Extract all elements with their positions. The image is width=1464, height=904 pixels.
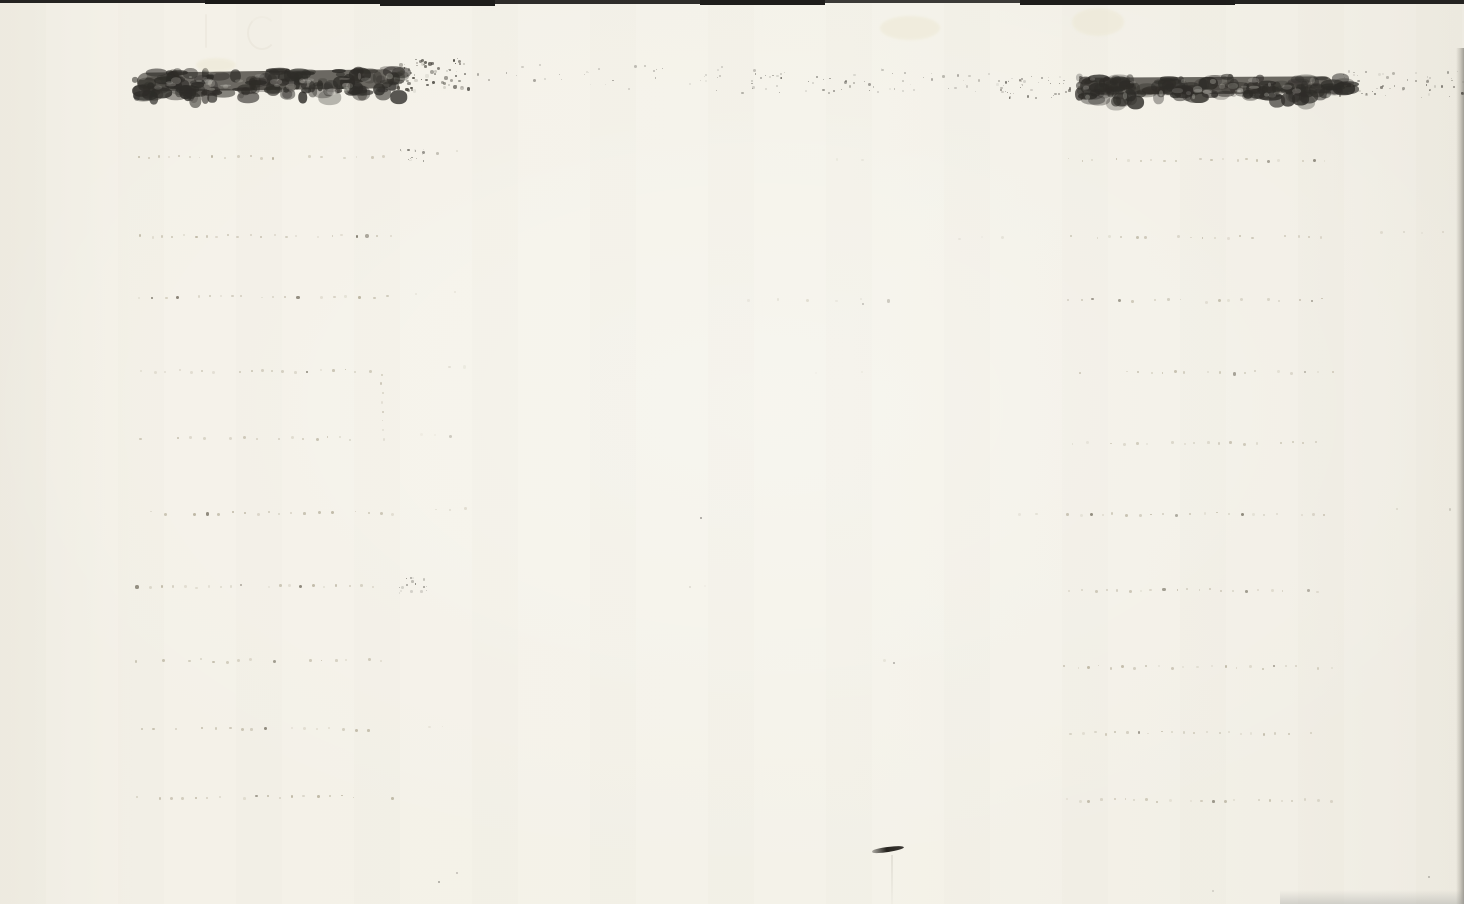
stray-speck [438,881,440,883]
top-scan-border-segment [825,0,1020,3]
paper-stain [196,58,236,72]
stray-marks-layer [0,0,1464,904]
ghost-pencil-curve [247,16,277,50]
bottom-right-corner-shade [1280,890,1464,904]
stray-speck [1212,890,1214,892]
top-scan-border-segment [1235,0,1464,4]
stray-speck [456,872,458,874]
paper-stain [1072,8,1124,36]
paper-stain [880,16,940,40]
stray-speck [1428,876,1430,878]
top-scan-border-segment [205,0,380,4]
smudge-bar-left [137,69,394,92]
top-scan-border-segment [1020,0,1235,5]
top-scan-border-segment [380,0,495,6]
top-scan-border-segment [0,0,205,3]
smudge-bar-right [1080,76,1333,94]
top-scan-border-segment [700,0,825,5]
graphite-smudges-layer [0,0,1464,904]
dotted-writing-lines-layer [0,0,1464,904]
top-scan-border-segment [495,0,700,4]
stray-speck [862,303,864,305]
scan-edge-artifacts [0,0,1464,904]
right-scan-edge [1456,48,1464,904]
scanned-card [0,0,1464,904]
pen-slash-mark [872,845,904,854]
ghost-pencil-stroke [205,14,207,48]
paper-crease [891,855,893,904]
stray-speck [700,517,702,519]
stray-speck [893,662,895,664]
